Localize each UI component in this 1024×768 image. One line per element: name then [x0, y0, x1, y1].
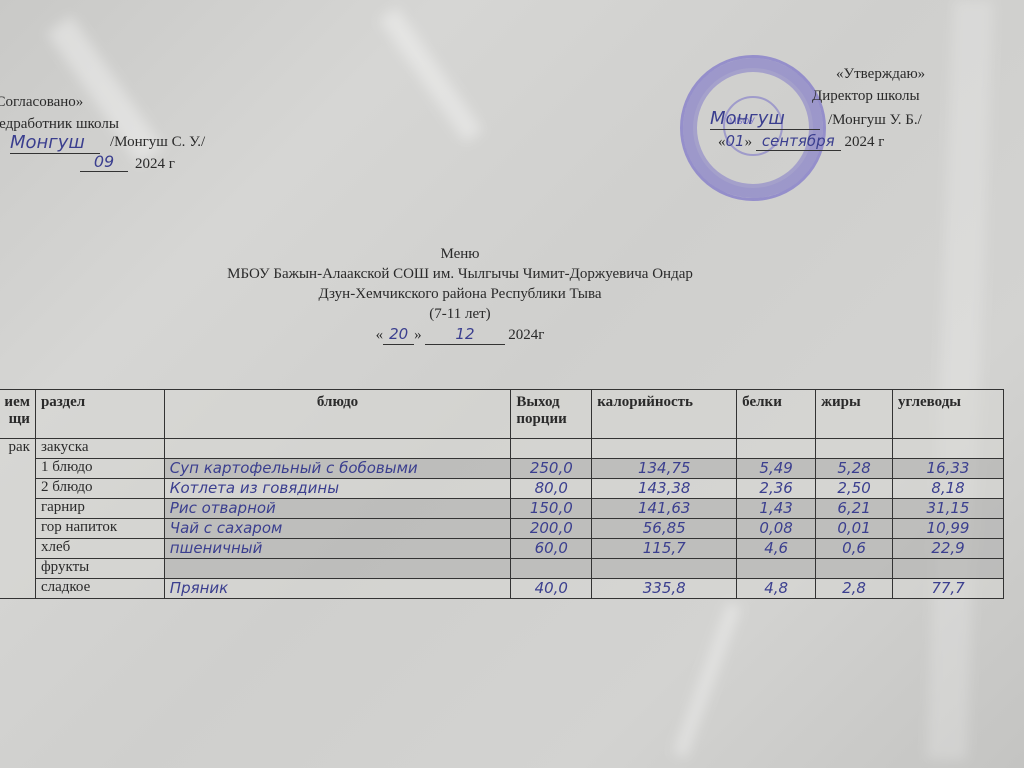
proteins-cell: 4,8 [737, 579, 816, 599]
portion-cell [511, 439, 592, 459]
approval-right-role: Директор школы [812, 86, 920, 106]
calories-cell [592, 439, 737, 459]
approval-left-year: 2024 г [135, 154, 175, 174]
carbs-cell [893, 439, 1004, 459]
table-row: гор напитокЧай с сахаром200,056,850,080,… [0, 519, 1004, 539]
calories-cell [592, 559, 737, 579]
doc-title: Меню [100, 244, 820, 264]
col-header-carbs: углеводы [893, 390, 1004, 439]
fats-cell [816, 559, 893, 579]
approval-right-title: «Утверждаю» [836, 64, 925, 84]
approval-left-month: 09 [80, 152, 128, 172]
proteins-cell [737, 559, 816, 579]
carbs-cell [893, 559, 1004, 579]
proteins-cell: 0,08 [737, 519, 816, 539]
calories-cell: 141,63 [592, 499, 737, 519]
dish-cell: Рис отварной [164, 499, 511, 519]
portion-cell [511, 559, 592, 579]
district-name: Дзун-Хемчикского района Республики Тыва [100, 284, 820, 304]
section-cell: гор напиток [35, 519, 164, 539]
fats-cell: 2,50 [816, 479, 893, 499]
approval-left-signature: Монгуш [10, 132, 100, 154]
section-cell: фрукты [35, 559, 164, 579]
proteins-cell: 2,36 [737, 479, 816, 499]
fats-cell: 5,28 [816, 459, 893, 479]
dish-cell: Суп картофельный с бобовыми [164, 459, 511, 479]
dish-cell: Котлета из говядины [164, 479, 511, 499]
col-header-portion: Выход порции [511, 390, 592, 439]
menu-date-day: 20 [383, 324, 414, 345]
portion-cell: 250,0 [511, 459, 592, 479]
menu-table-body: ракзакуска1 блюдоСуп картофельный с бобо… [0, 439, 1004, 599]
carbs-cell: 16,33 [893, 459, 1004, 479]
approval-right-month: сентября [756, 132, 841, 151]
col-header-dish: блюдо [164, 390, 511, 439]
carbs-cell: 8,18 [893, 479, 1004, 499]
approval-right-day: 01 [726, 132, 745, 150]
proteins-cell: 4,6 [737, 539, 816, 559]
table-row: гарнирРис отварной150,0141,631,436,2131,… [0, 499, 1004, 519]
dish-cell [164, 559, 511, 579]
menu-title-block: Меню МБОУ Бажын-Алаакской СОШ им. Чылгыч… [100, 244, 820, 345]
calories-cell: 335,8 [592, 579, 737, 599]
dish-cell [164, 439, 511, 459]
approval-left-title: «Согласовано» [0, 92, 83, 112]
menu-date: «20» 12 2024г [100, 324, 820, 345]
glare [673, 602, 741, 757]
carbs-cell: 77,7 [893, 579, 1004, 599]
dish-cell: Пряник [164, 579, 511, 599]
calories-cell: 115,7 [592, 539, 737, 559]
approval-right-signature: Монгуш [710, 108, 820, 130]
section-cell: закуска [35, 439, 164, 459]
col-header-proteins: белки [737, 390, 816, 439]
proteins-cell: 5,49 [737, 459, 816, 479]
portion-cell: 40,0 [511, 579, 592, 599]
fats-cell: 0,6 [816, 539, 893, 559]
carbs-cell: 10,99 [893, 519, 1004, 539]
glare [927, 0, 993, 760]
section-cell: 1 блюдо [35, 459, 164, 479]
section-cell: хлеб [35, 539, 164, 559]
fats-cell: 6,21 [816, 499, 893, 519]
meal-cell: рак [0, 439, 35, 599]
menu-table: ием щи раздел блюдо Выход порции калорий… [0, 389, 1004, 599]
proteins-cell [737, 439, 816, 459]
glare [379, 7, 483, 142]
table-row: ракзакуска [0, 439, 1004, 459]
calories-cell: 56,85 [592, 519, 737, 539]
section-cell: 2 блюдо [35, 479, 164, 499]
approval-right-date: «01» сентября 2024 г [718, 132, 884, 151]
fats-cell: 0,01 [816, 519, 893, 539]
carbs-cell: 31,15 [893, 499, 1004, 519]
table-row: хлебпшеничный60,0115,74,60,622,9 [0, 539, 1004, 559]
col-header-fats: жиры [816, 390, 893, 439]
approval-left-name: /Монгуш С. У./ [110, 132, 205, 152]
calories-cell: 134,75 [592, 459, 737, 479]
carbs-cell: 22,9 [893, 539, 1004, 559]
fats-cell: 2,8 [816, 579, 893, 599]
col-header-calories: калорийность [592, 390, 737, 439]
table-header-row: ием щи раздел блюдо Выход порции калорий… [0, 390, 1004, 439]
portion-cell: 200,0 [511, 519, 592, 539]
col-header-section: раздел [35, 390, 164, 439]
dish-cell: пшеничный [164, 539, 511, 559]
approval-left-role: Медработник школы [0, 114, 119, 134]
age-group: (7-11 лет) [100, 304, 820, 324]
table-row: фрукты [0, 559, 1004, 579]
portion-cell: 80,0 [511, 479, 592, 499]
portion-cell: 150,0 [511, 499, 592, 519]
calories-cell: 143,38 [592, 479, 737, 499]
portion-cell: 60,0 [511, 539, 592, 559]
menu-date-month: 12 [425, 324, 504, 345]
table-row: 1 блюдоСуп картофельный с бобовыми250,01… [0, 459, 1004, 479]
dish-cell: Чай с сахаром [164, 519, 511, 539]
approval-right-year: 2024 г [844, 134, 884, 150]
section-cell: сладкое [35, 579, 164, 599]
table-row: 2 блюдоКотлета из говядины80,0143,382,36… [0, 479, 1004, 499]
approval-right-name: /Монгуш У. Б./ [828, 110, 922, 130]
section-cell: гарнир [35, 499, 164, 519]
fats-cell [816, 439, 893, 459]
col-header-meal: ием щи [0, 390, 35, 439]
menu-date-year: 2024г [508, 327, 544, 343]
school-name: МБОУ Бажын-Алаакской СОШ им. Чылгычы Чим… [100, 264, 820, 284]
table-row: сладкоеПряник40,0335,84,82,877,7 [0, 579, 1004, 599]
proteins-cell: 1,43 [737, 499, 816, 519]
